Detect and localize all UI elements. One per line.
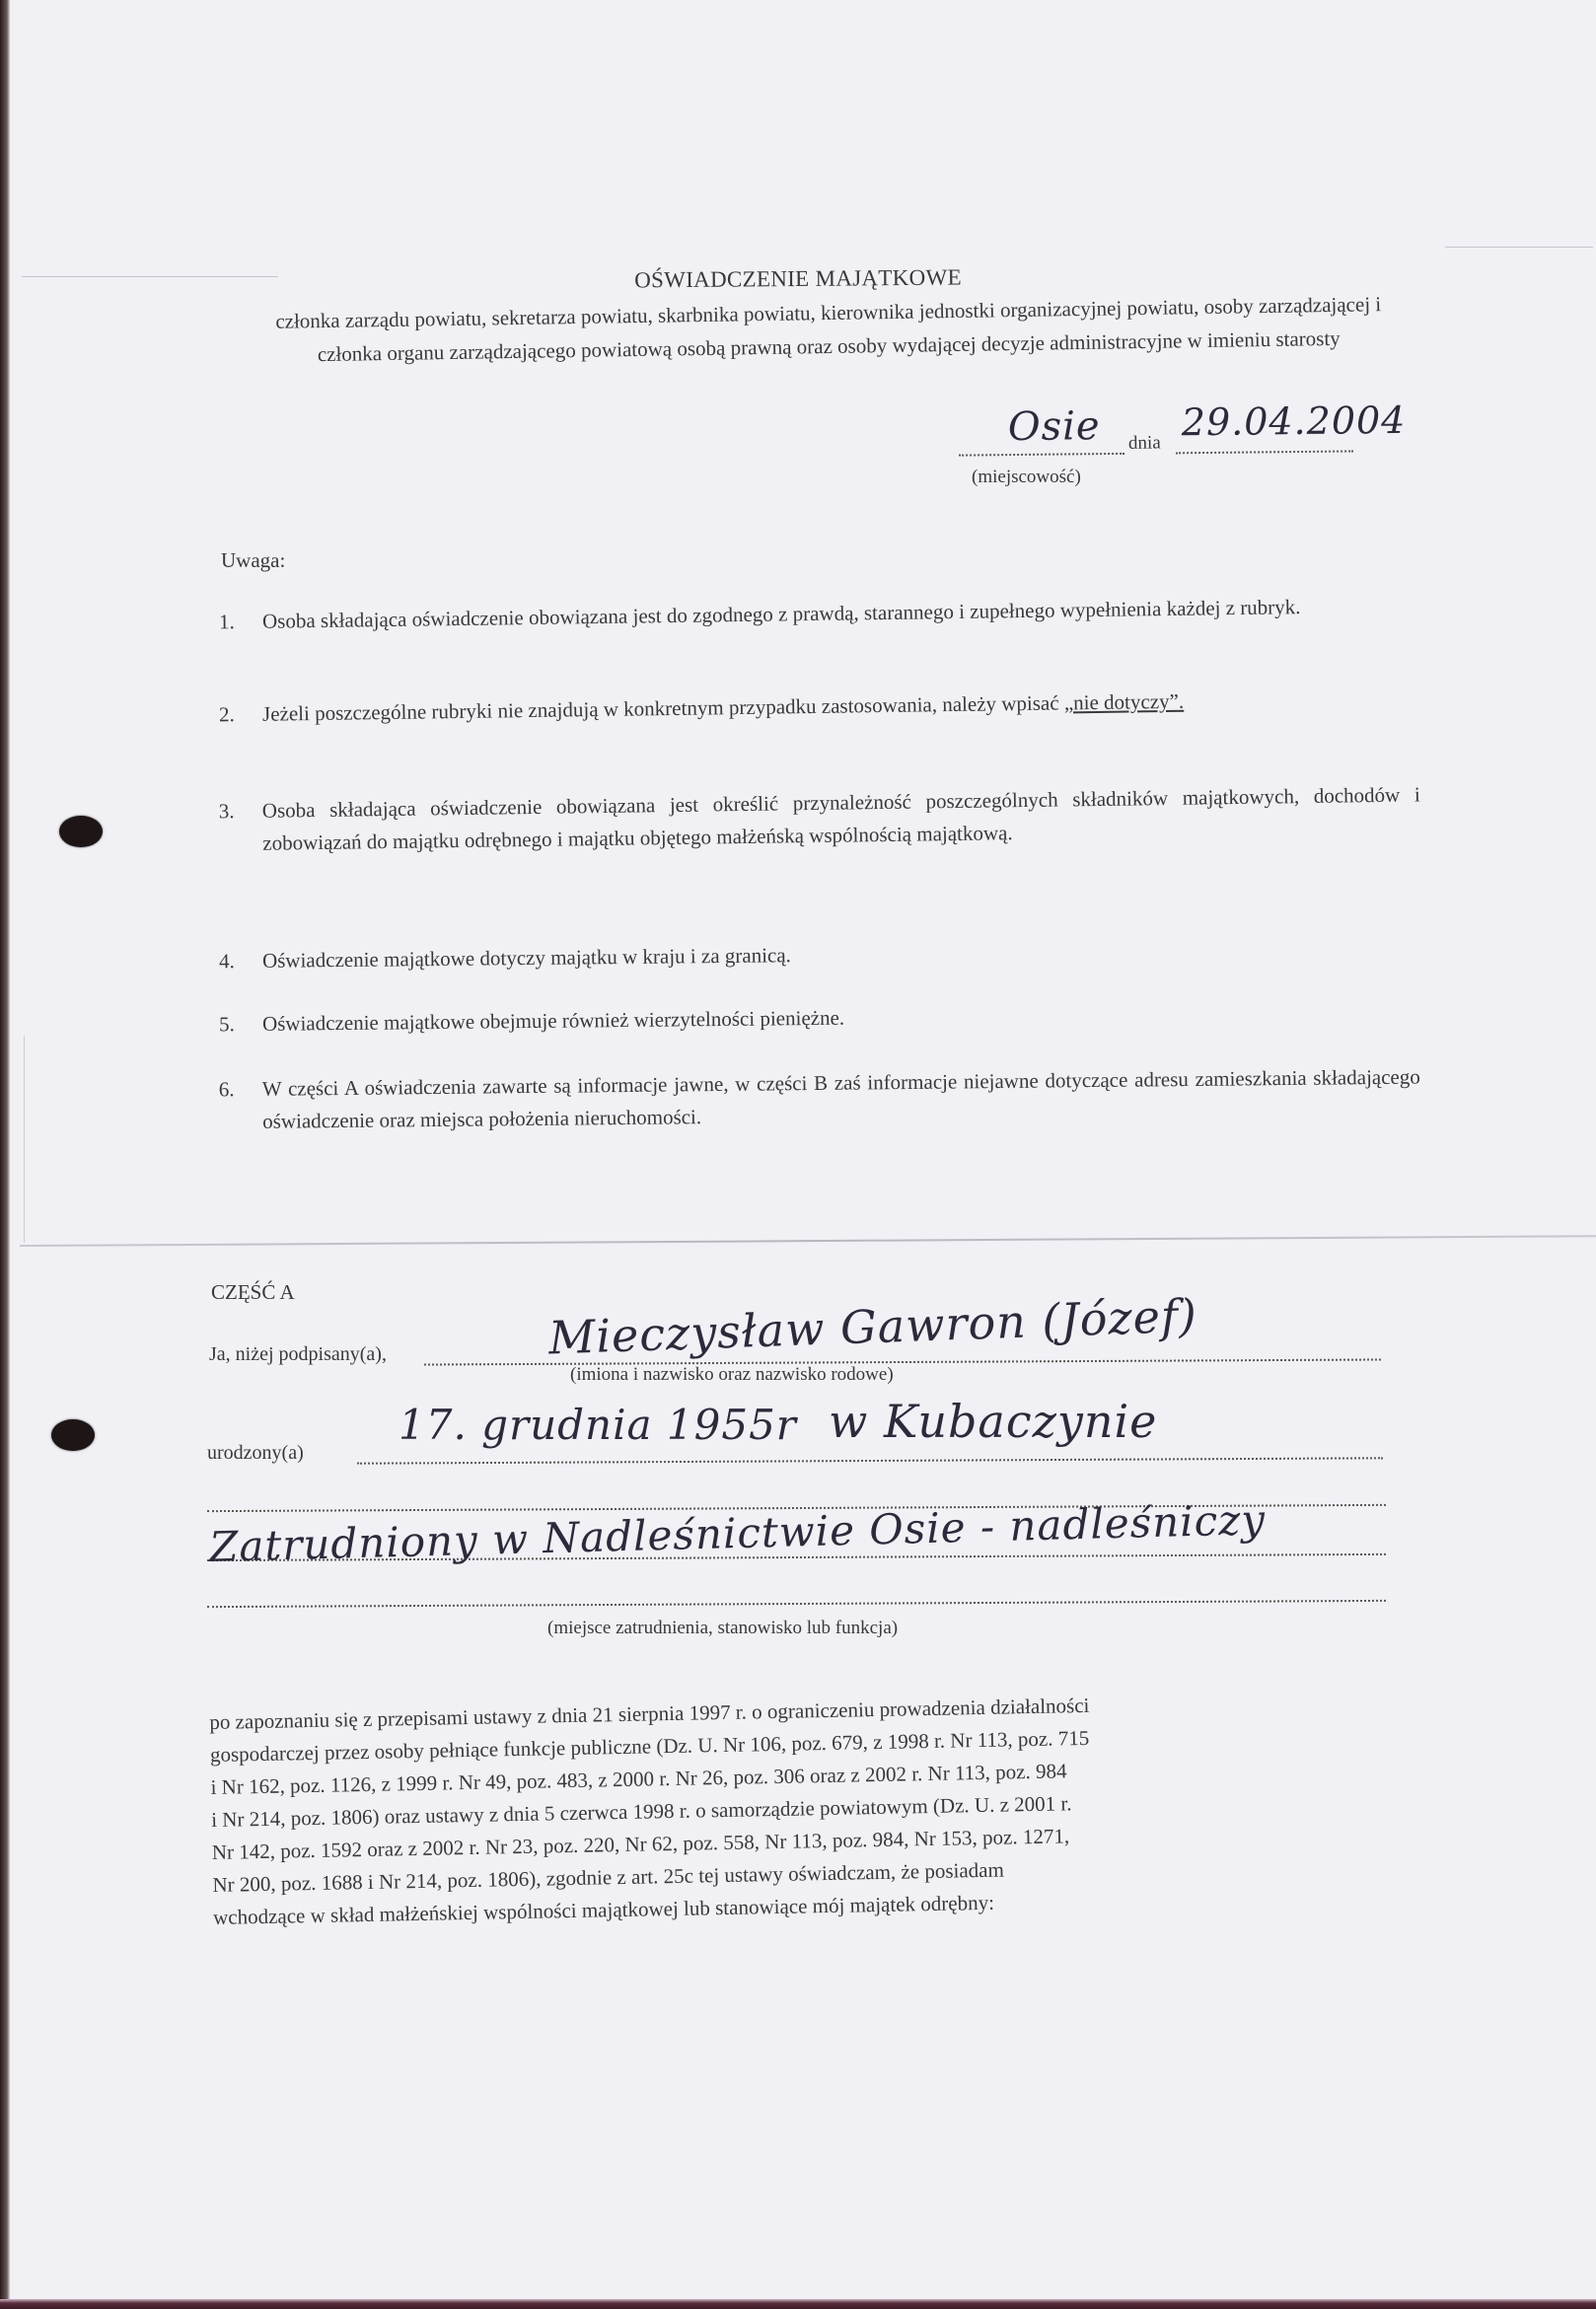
note-number: 1. xyxy=(219,606,235,638)
note-text: W części A oświadczenia zawarte są infor… xyxy=(262,1061,1421,1138)
name-caption: (imiona i nazwisko oraz nazwisko rodowe) xyxy=(570,1364,894,1386)
date-label: dnia xyxy=(1128,432,1161,454)
note-item: 4. Oświadczenie majątkowe dotyczy majątk… xyxy=(207,933,1420,978)
scan-bottom-edge xyxy=(0,2299,1596,2309)
born-dotline xyxy=(357,1457,1383,1464)
note-item: 2. Jeżeli poszczególne rubryki nie znajd… xyxy=(207,682,1420,731)
legal-statement: po zapoznaniu się z przepisami ustawy z … xyxy=(209,1684,1397,1934)
note-number: 3. xyxy=(219,795,235,828)
employment-dotline-3 xyxy=(207,1600,1386,1608)
employment-caption: (miejsce zatrudnienia, stanowisko lub fu… xyxy=(547,1618,898,1639)
place-handwritten: Osie xyxy=(1008,403,1101,450)
note-number: 5. xyxy=(219,1008,235,1041)
date-handwritten: 29.04.2004 xyxy=(1182,398,1407,444)
birth-place-handwritten: w Kubaczynie xyxy=(829,1395,1157,1448)
scan-artifact-line xyxy=(1445,247,1593,248)
note-text: Oświadczenie majątkowe dotyczy majątku w… xyxy=(262,933,1420,977)
note-text: Osoba składająca oświadczenie obowiązana… xyxy=(262,589,1420,637)
note-item: 1. Osoba składająca oświadczenie obowiąz… xyxy=(207,589,1420,638)
note-number: 4. xyxy=(219,945,235,977)
notes-heading: Uwaga: xyxy=(221,548,285,573)
note-text: Jeżeli poszczególne rubryki nie znajdują… xyxy=(262,682,1420,730)
note-item: 3. Osoba składająca oświadczenie obowiąz… xyxy=(207,778,1421,860)
name-handwritten: Mieczysław Gawron (Józef) xyxy=(547,1289,1197,1365)
note-item: 6. W części A oświadczenia zawarte są in… xyxy=(207,1061,1421,1139)
punch-hole xyxy=(59,816,103,847)
birth-date-handwritten: 17. grudnia 1955r xyxy=(399,1401,797,1449)
fold-edge xyxy=(24,1036,25,1243)
born-label: urodzony(a) xyxy=(207,1442,304,1465)
note-text: Oświadczenie majątkowe obejmuje również … xyxy=(262,996,1420,1041)
note-text-main: Jeżeli poszczególne rubryki nie znajdują… xyxy=(262,691,1059,726)
note-number: 2. xyxy=(219,698,235,731)
document-subtitle: członka zarządu powiatu, sekretarza powi… xyxy=(247,287,1412,373)
scan-page-edge xyxy=(0,0,10,2309)
fold-line xyxy=(20,1235,1596,1247)
note-text: Osoba składająca oświadczenie obowiązana… xyxy=(262,778,1421,859)
note-item: 5. Oświadczenie majątkowe obejmuje równi… xyxy=(207,996,1420,1042)
place-caption: (miejscowość) xyxy=(972,467,1081,488)
part-a-heading: CZĘŚĆ A xyxy=(211,1280,295,1305)
punch-hole xyxy=(51,1419,95,1451)
note-underlined-text: „nie dotyczy”. xyxy=(1064,689,1185,715)
note-number: 6. xyxy=(219,1073,235,1106)
signed-label: Ja, niżej podpisany(a), xyxy=(209,1343,387,1366)
